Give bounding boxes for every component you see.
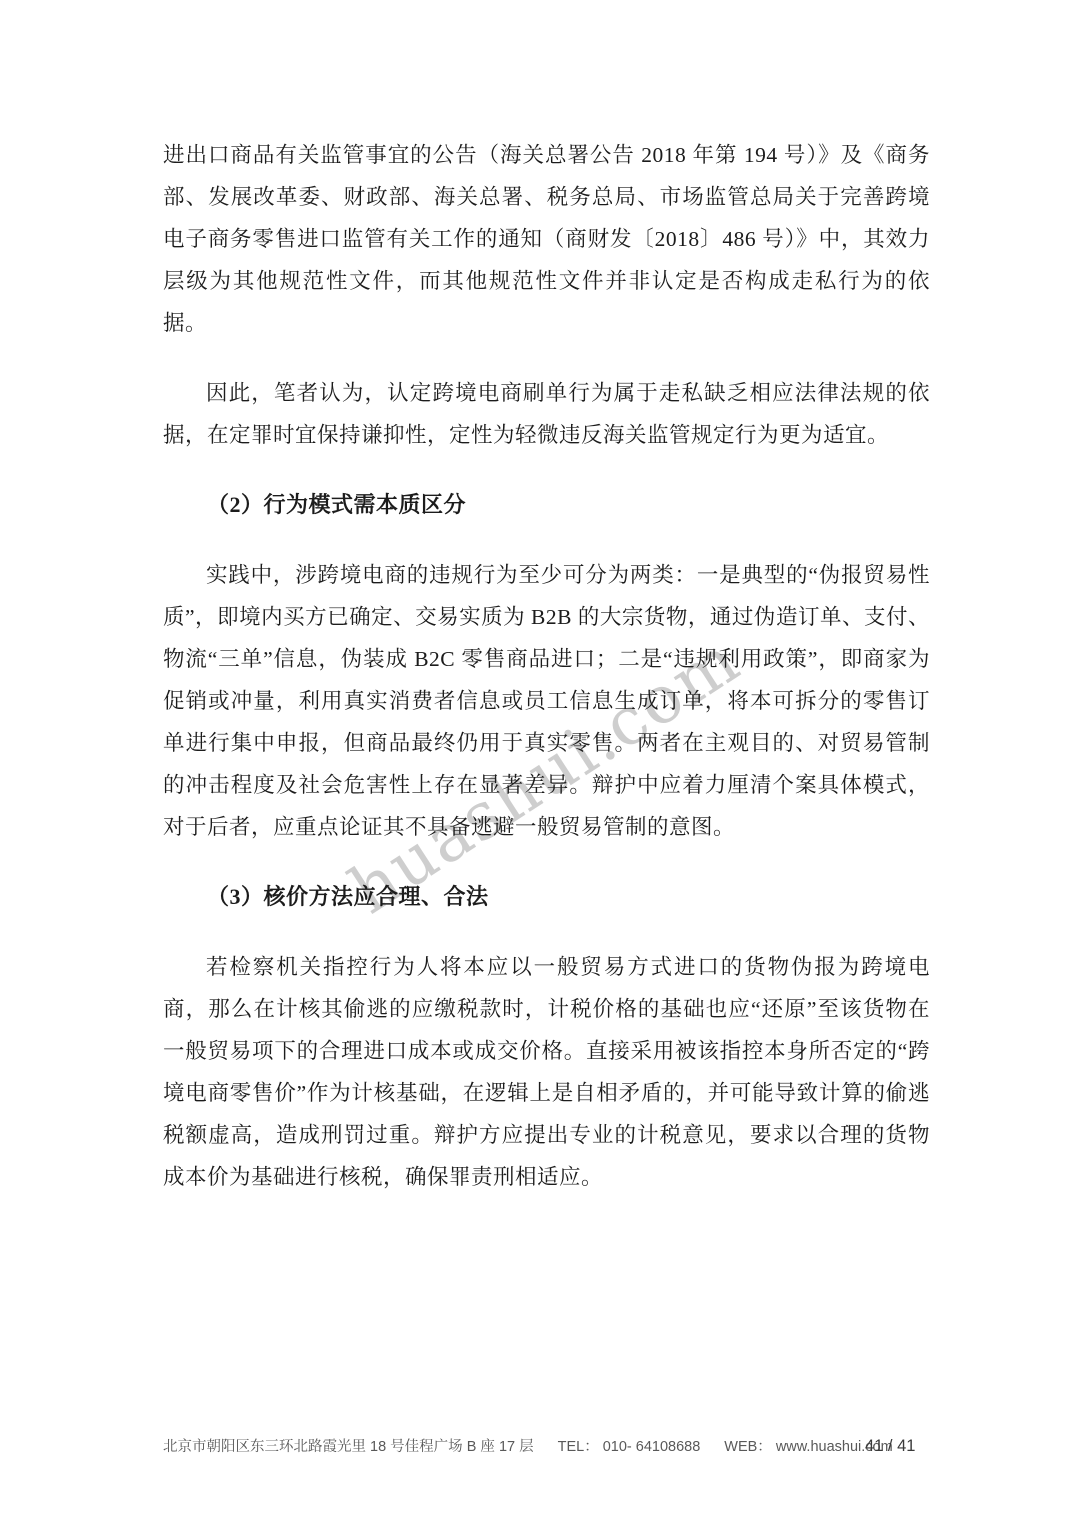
footer-tel-number: 010- 64108688 — [603, 1438, 701, 1456]
document-page: huashui.com 进出口商品有关监管事宜的公告（海关总署公告 2018 年… — [0, 0, 1080, 1528]
page-footer: 北京市朝阳区东三环北路霞光里 18 号佳程广场 B 座 17 层 TEL： 01… — [163, 1438, 953, 1456]
footer-tel: TEL： 010- 64108688 — [558, 1438, 701, 1456]
section-heading-2: （2）行为模式需本质区分 — [163, 484, 930, 526]
footer-address: 北京市朝阳区东三环北路霞光里 18 号佳程广场 B 座 17 层 — [163, 1438, 534, 1456]
footer-tel-label: TEL： — [558, 1438, 599, 1456]
page-number: 41 / 41 — [865, 1436, 915, 1456]
section-heading-3: （3）核价方法应合理、合法 — [163, 876, 930, 918]
paragraph-behavior-modes: 实践中，涉跨境电商的违规行为至少可分为两类：一是典型的“伪报贸易性质”，即境内买… — [163, 554, 930, 848]
footer-web-label: WEB： — [724, 1438, 772, 1456]
paragraph-conclusion: 因此，笔者认为，认定跨境电商刷单行为属于走私缺乏相应法律法规的依据，在定罪时宜保… — [163, 372, 930, 456]
paragraph-continuation: 进出口商品有关监管事宜的公告（海关总署公告 2018 年第 194 号）》及《商… — [163, 134, 930, 344]
document-body: 进出口商品有关监管事宜的公告（海关总署公告 2018 年第 194 号）》及《商… — [163, 134, 930, 1198]
paragraph-valuation-method: 若检察机关指控行为人将本应以一般贸易方式进口的货物伪报为跨境电商，那么在计核其偷… — [163, 946, 930, 1198]
